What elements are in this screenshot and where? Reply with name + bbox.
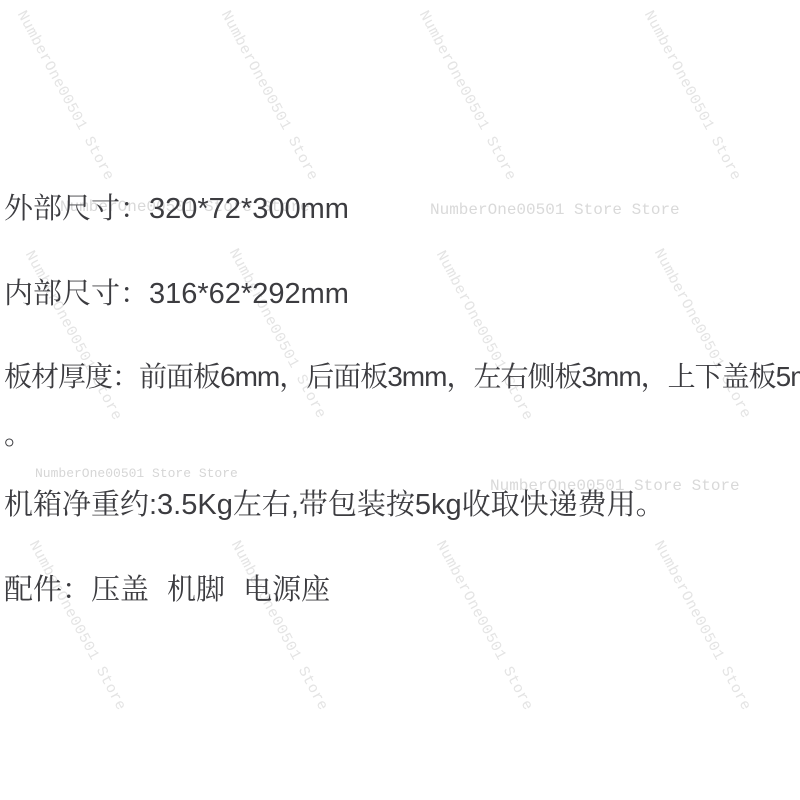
spec-line-inner-dimensions: 内部尺寸：316*62*292mm bbox=[4, 277, 349, 311]
watermark-diagonal: NumberOne00501 Store bbox=[650, 538, 754, 714]
spec-line-weight-shipping: 机箱净重约:3.5Kg左右,带包装按5kg收取快递费用。 bbox=[4, 488, 665, 522]
watermark-horizontal: NumberOne00501 Store Store bbox=[35, 466, 238, 481]
watermark-diagonal: NumberOne00501 Store bbox=[25, 538, 129, 714]
watermark-diagonal: NumberOne00501 Store bbox=[217, 8, 321, 184]
watermark-diagonal: NumberOne00501 Store bbox=[225, 246, 329, 422]
watermark-diagonal: NumberOne00501 Store bbox=[227, 538, 331, 714]
watermark-diagonal: NumberOne00501 Store bbox=[415, 8, 519, 184]
spec-line-accessories: 配件：压盖 机脚 电源座 bbox=[4, 573, 330, 607]
watermark-diagonal: NumberOne00501 Store bbox=[640, 8, 744, 184]
spec-line-panel-thickness: 板材厚度：前面板6mm，后面板3mm，左右侧板3mm，上下盖板5mm bbox=[4, 360, 800, 394]
watermark-diagonal: NumberOne00501 Store bbox=[13, 8, 117, 184]
watermark-diagonal: NumberOne00501 Store bbox=[650, 246, 754, 422]
spec-line-period-wrap: 。 bbox=[4, 418, 33, 452]
watermark-horizontal: NumberOne00501 Store Store bbox=[430, 201, 680, 219]
spec-line-outer-dimensions: 外部尺寸：320*72*300mm bbox=[4, 192, 349, 226]
watermark-diagonal: NumberOne00501 Store bbox=[21, 248, 125, 424]
product-spec-image: NumberOne00501 Store NumberOne00501 Stor… bbox=[0, 0, 800, 800]
watermark-diagonal: NumberOne00501 Store bbox=[432, 248, 536, 424]
watermark-diagonal: NumberOne00501 Store bbox=[432, 538, 536, 714]
